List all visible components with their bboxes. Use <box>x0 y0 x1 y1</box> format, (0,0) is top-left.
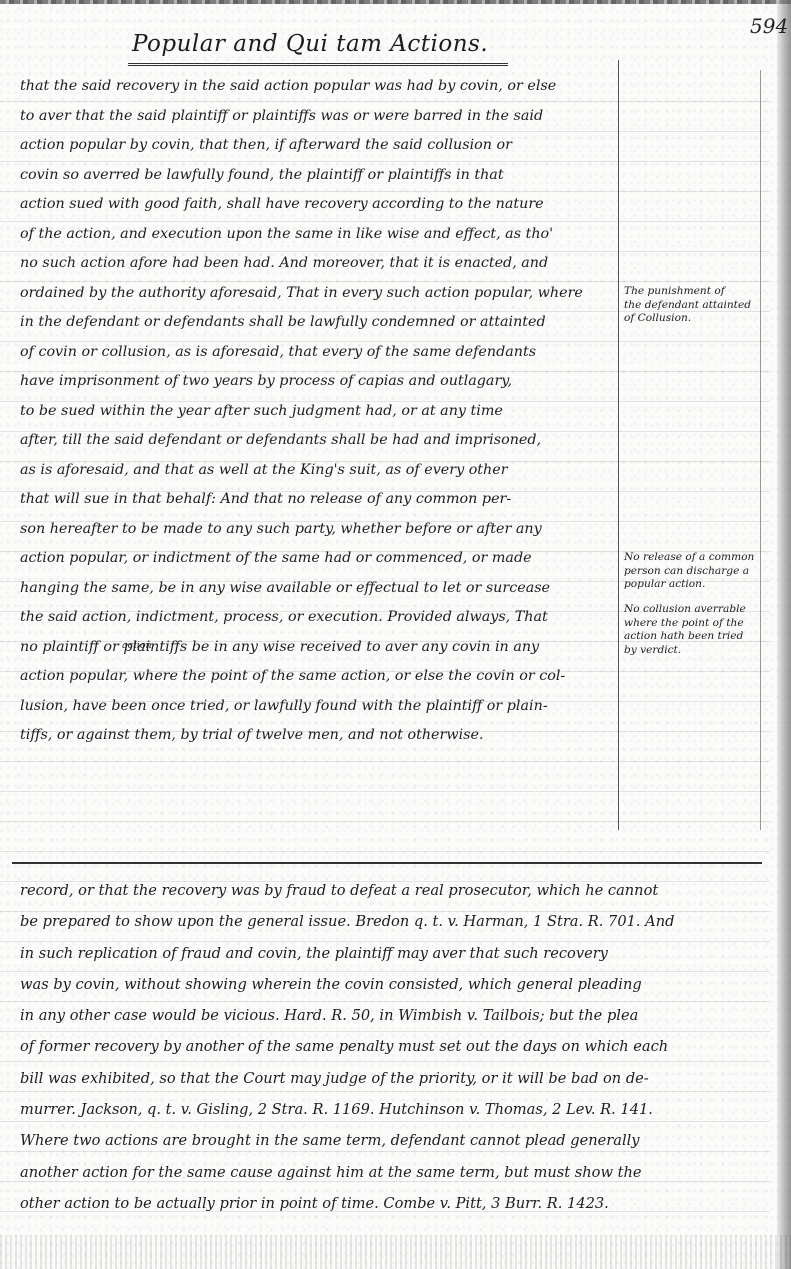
interlinear-insertion: action <box>122 640 152 651</box>
text-line: of the action, and execution upon the sa… <box>20 220 618 250</box>
text-line: other action to be actually prior in poi… <box>20 1188 772 1219</box>
text-line: action popular, or indictment of the sam… <box>20 544 618 574</box>
text-line: have imprisonment of two years by proces… <box>20 367 618 397</box>
margin-note-line: by verdict. <box>624 644 764 658</box>
margin-note-line: person can discharge a <box>624 565 764 579</box>
text-line: son hereafter to be made to any such par… <box>20 515 618 545</box>
manuscript-page: 594 Popular and Qui tam Actions. that th… <box>0 0 791 1269</box>
text-line: of covin or collusion, as is aforesaid, … <box>20 338 618 368</box>
text-line: hanging the same, be in any wise availab… <box>20 574 618 604</box>
text-line: bill was exhibited, so that the Court ma… <box>20 1063 772 1094</box>
text-line: covin so averred be lawfully found, the … <box>20 161 618 191</box>
page-title: Popular and Qui tam Actions. <box>128 26 508 66</box>
text-line: as is aforesaid, and that as well at the… <box>20 456 618 486</box>
text-line: no plaintiff or plaintiffs be in any wis… <box>20 633 618 663</box>
text-line: in the defendant or defendants shall be … <box>20 308 618 338</box>
margin-note-line: No collusion averrable <box>624 603 764 617</box>
text-line: after, till the said defendant or defend… <box>20 426 618 456</box>
text-line: that the said recovery in the said actio… <box>20 72 618 102</box>
text-line: ordained by the authority aforesaid, Tha… <box>20 279 618 309</box>
text-line: that will sue in that behalf: And that n… <box>20 485 618 515</box>
text-line: action popular by covin, that then, if a… <box>20 131 618 161</box>
margin-note-collusion: No collusion averrable where the point o… <box>624 603 764 657</box>
text-line: tiffs, or against them, by trial of twel… <box>20 721 618 751</box>
text-line: murrer. Jackson, q. t. v. Gisling, 2 Str… <box>20 1094 772 1125</box>
text-line: record, or that the recovery was by frau… <box>20 875 772 906</box>
text-line: in any other case would be vicious. Hard… <box>20 1000 772 1031</box>
text-line: was by covin, without showing wherein th… <box>20 969 772 1000</box>
text-line: in such replication of fraud and covin, … <box>20 938 772 969</box>
margin-note-line: No release of a common <box>624 551 764 565</box>
margin-note-line: action hath been tried <box>624 630 764 644</box>
page-top-edge <box>0 0 791 4</box>
text-line: no such action afore had been had. And m… <box>20 249 618 279</box>
text-line: lusion, have been once tried, or lawfull… <box>20 692 618 722</box>
text-line: the said action, indictment, process, or… <box>20 603 618 633</box>
margin-note-release: No release of a common person can discha… <box>624 551 764 592</box>
margin-note-line: popular action. <box>624 578 764 592</box>
outer-margin-rule <box>760 70 761 830</box>
page-number: 594 <box>750 14 788 38</box>
page-bottom-edge <box>0 1235 791 1269</box>
margin-note-line: of Collusion. <box>624 312 764 326</box>
margin-divider <box>618 60 619 830</box>
margin-note-line: where the point of the <box>624 617 764 631</box>
footnote-separator <box>12 862 762 864</box>
text-line: Where two actions are brought in the sam… <box>20 1125 772 1156</box>
main-statute-text: that the said recovery in the said actio… <box>20 72 618 751</box>
text-line: to be sued within the year after such ju… <box>20 397 618 427</box>
page-right-edge <box>777 0 791 1269</box>
footnote-commentary-text: record, or that the recovery was by frau… <box>20 875 772 1219</box>
margin-note-punishment: The punishment of the defendant attainte… <box>624 285 764 326</box>
text-line: of former recovery by another of the sam… <box>20 1031 772 1062</box>
margin-note-line: the defendant attainted <box>624 299 764 313</box>
text-line: be prepared to show upon the general iss… <box>20 906 772 937</box>
margin-note-line: The punishment of <box>624 285 764 299</box>
text-line: to aver that the said plaintiff or plain… <box>20 102 618 132</box>
text-line: another action for the same cause agains… <box>20 1157 772 1188</box>
text-line: action popular, where the point of the s… <box>20 662 618 692</box>
text-line: action sued with good faith, shall have … <box>20 190 618 220</box>
